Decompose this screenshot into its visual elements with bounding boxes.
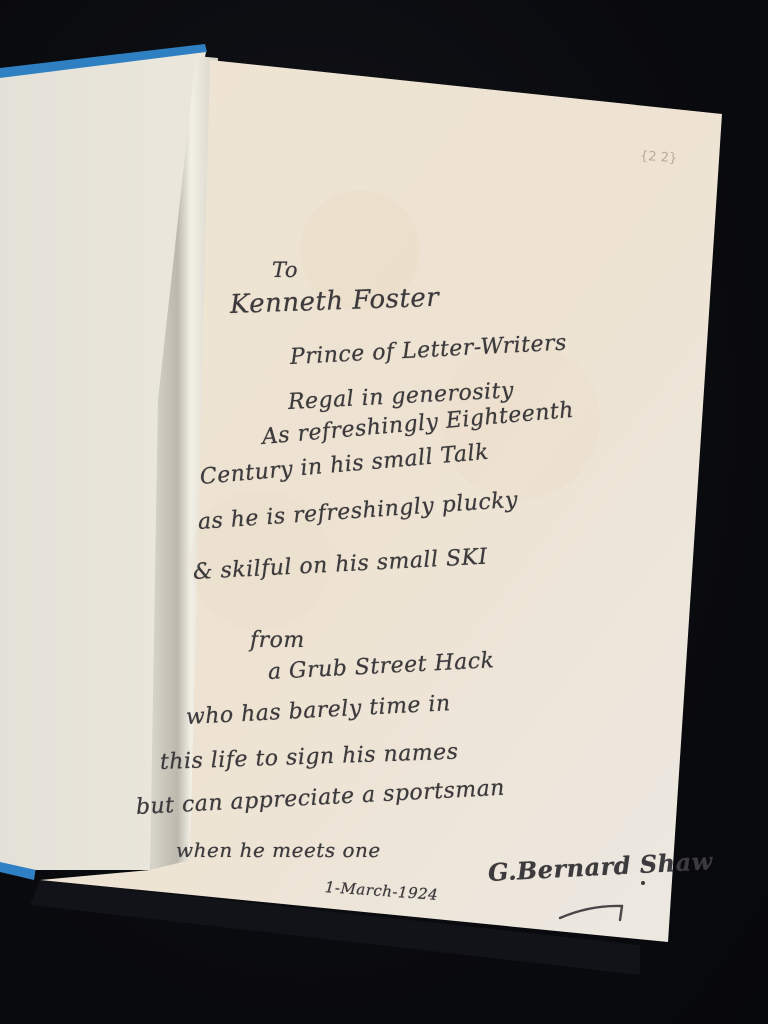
book-illustration — [0, 0, 768, 1024]
photo-scene: {2 2} To Kenneth Foster Prince of Letter… — [0, 0, 768, 1024]
